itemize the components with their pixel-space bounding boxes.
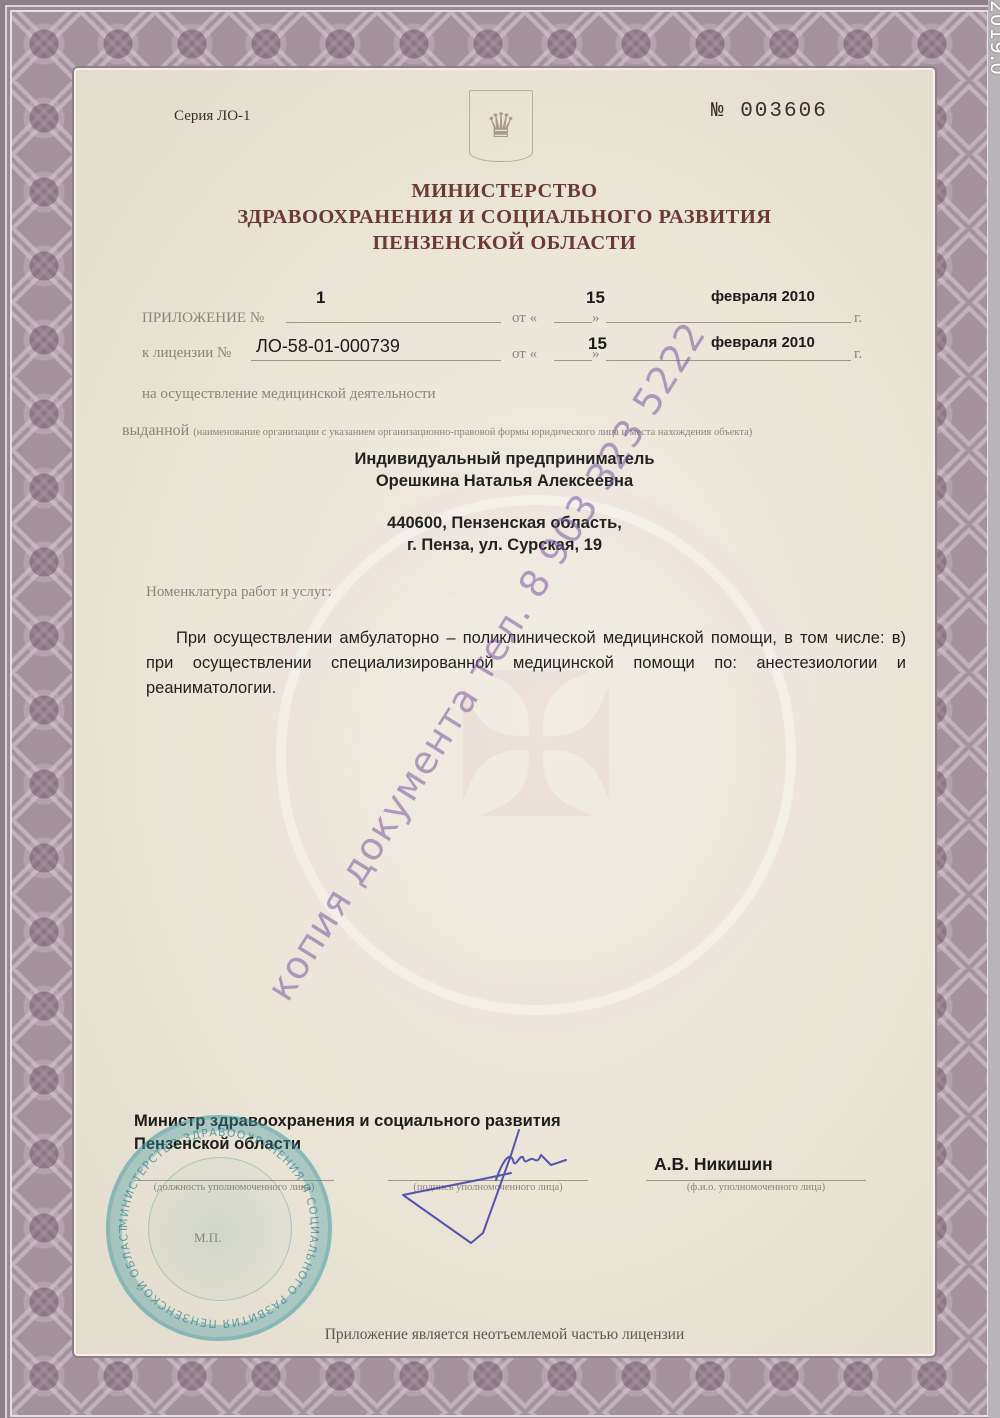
address-line: 440600, Пензенская область, (76, 512, 933, 534)
license-underline (251, 360, 501, 361)
month-underline (606, 360, 851, 361)
day-underline (554, 360, 592, 361)
license-label: к лицензии № (142, 345, 231, 362)
month-underline (606, 322, 851, 323)
from-close: » (592, 310, 600, 327)
from-label: от « (512, 310, 537, 327)
license-month-year: февраля 2010 (711, 334, 815, 351)
appendix-underline (286, 322, 501, 323)
name-caption: (ф.и.о. уполномоченного лица) (646, 1182, 866, 1193)
svg-text:МИНИСТЕРСТВО ЗДРАВООХРАНЕНИЯ И: МИНИСТЕРСТВО ЗДРАВООХРАНЕНИЯ И СОЦИАЛЬНО… (110, 1119, 321, 1330)
address-line: г. Пенза, ул. Сурская, 19 (76, 534, 933, 556)
form-number: № 003606 (711, 100, 828, 123)
day-underline (554, 322, 592, 323)
seal-ring-text: МИНИСТЕРСТВО ЗДРАВООХРАНЕНИЯ И СОЦИАЛЬНО… (110, 1119, 328, 1337)
russian-coat-of-arms-icon: ♛ (469, 90, 533, 162)
title-line: ПЕНЗЕНСКОЙ ОБЛАСТИ (76, 230, 933, 256)
title-line: ЗДРАВООХРАНЕНИЯ И СОЦИАЛЬНОГО РАЗВИТИЯ (76, 204, 933, 230)
title-line: МИНИСТЕРСТВО (76, 178, 933, 204)
appendix-month-year: февраля 2010 (711, 288, 815, 305)
license-appendix-document: ✠ Серия ЛО-1 ♛ № 003606 МИНИСТЕРСТВО ЗДР… (74, 68, 935, 1356)
appendix-label: ПРИЛОЖЕНИЕ № (142, 310, 264, 327)
photo-edge: 2019.0 (988, 0, 1000, 1418)
appendix-number: 1 (316, 288, 325, 308)
from-label: от « (512, 346, 537, 363)
handwritten-signature (401, 1125, 581, 1255)
signer-name: А.В. Никишин (654, 1154, 773, 1175)
license-day: 15 (588, 334, 607, 354)
licensee-block: Индивидуальный предприниматель Орешкина … (76, 448, 933, 556)
name-underline (646, 1180, 866, 1181)
seal-place-label: М.П. (194, 1230, 221, 1246)
issued-note: (наименование организации с указанием ор… (193, 427, 752, 438)
activity-type: на осуществление медицинской деятельност… (142, 386, 436, 403)
licensee-line: Орешкина Наталья Алексеевна (76, 470, 933, 492)
series-label: Серия ЛО-1 (174, 108, 251, 125)
photo-date-stamp: 2019.0 (986, 0, 1000, 76)
year-suffix: г. (854, 346, 862, 363)
year-suffix: г. (854, 310, 862, 327)
footer-note: Приложение является неотъемлемой частью … (76, 1326, 933, 1344)
services-text: При осуществлении амбулаторно – поликлин… (146, 626, 906, 701)
official-seal: МИНИСТЕРСТВО ЗДРАВООХРАНЕНИЯ И СОЦИАЛЬНО… (106, 1115, 332, 1341)
services-label: Номенклатура работ и услуг: (146, 584, 332, 601)
issuer-title: МИНИСТЕРСТВО ЗДРАВООХРАНЕНИЯ И СОЦИАЛЬНО… (76, 178, 933, 256)
licensee-line: Индивидуальный предприниматель (76, 448, 933, 470)
license-number: ЛО-58-01-000739 (256, 336, 400, 357)
issued-to-row: выданной (наименование организации с ука… (122, 422, 752, 440)
issued-label: выданной (122, 422, 189, 439)
appendix-day: 15 (586, 288, 605, 308)
